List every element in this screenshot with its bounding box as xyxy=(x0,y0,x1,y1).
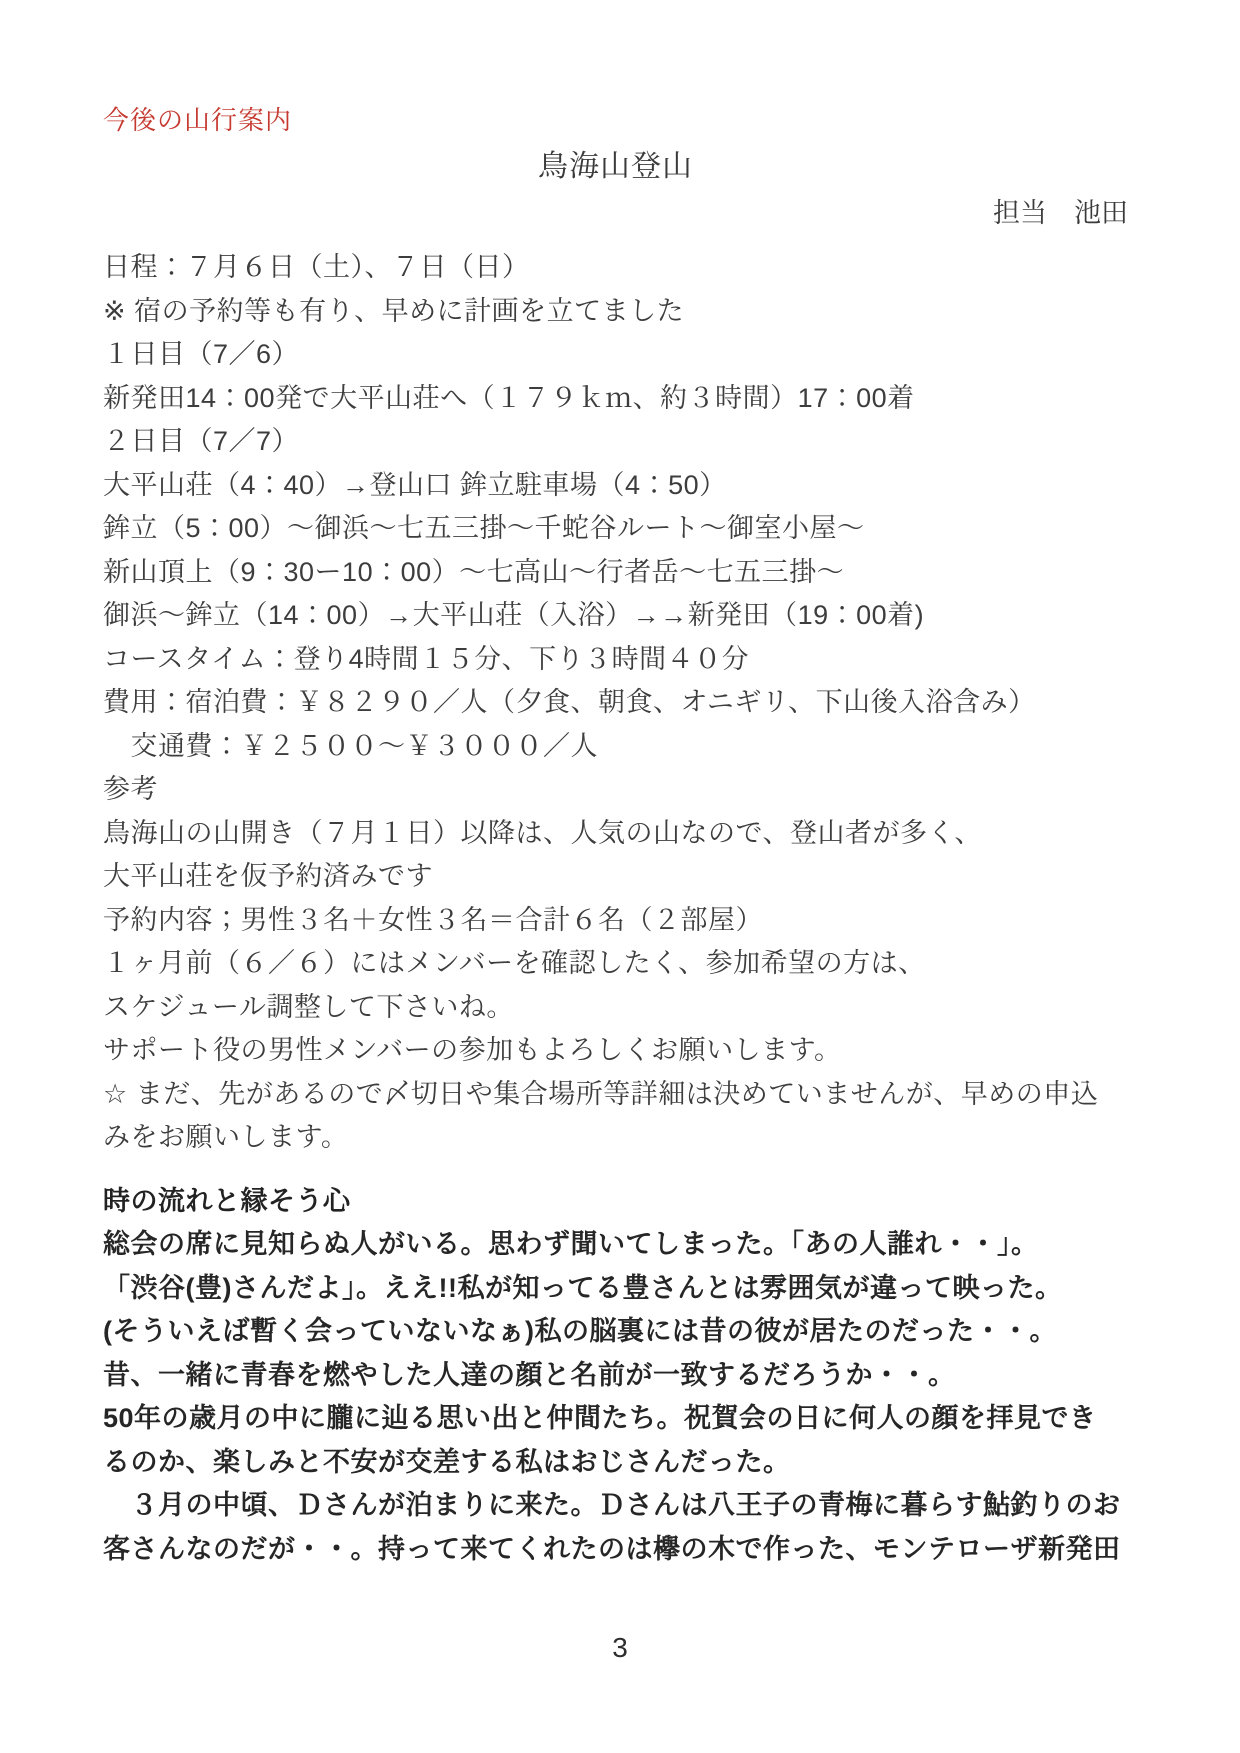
body-line: ☆ まだ、先があるので〆切日や集合場所等詳細は決めていませんが、早めの申込 xyxy=(103,1073,1128,1117)
section-category-label: 今後の山行案内 xyxy=(103,104,1128,136)
document-page: 今後の山行案内 鳥海山登山 担当 池田 日程：７月６日（土）、７日（日） ※ 宿… xyxy=(0,0,1240,1753)
body-line: スケジュール調整して下さいね。 xyxy=(103,986,1128,1030)
essay-line: 客さんなのだが・・。持って来てくれたのは欅の木で作った、モンテローザ新発田 xyxy=(103,1528,1128,1572)
body-line: 交通費：￥２５００～￥３０００／人 xyxy=(103,725,1128,769)
essay-line: (そういえば暫く会っていないなぁ)私の脳裏には昔の彼が居たのだった・・。 xyxy=(103,1310,1128,1354)
essay-line: 総会の席に見知らぬ人がいる。思わず聞いてしまった。「あの人誰れ・・」。 xyxy=(103,1223,1128,1267)
body-line: ２日目（7／7） xyxy=(103,420,1128,464)
body-line: 鳥海山の山開き（７月１日）以降は、人気の山なので、登山者が多く、 xyxy=(103,812,1128,856)
essay-section: 時の流れと縁そう心 総会の席に見知らぬ人がいる。思わず聞いてしまった。「あの人誰… xyxy=(103,1180,1128,1572)
body-line: サポート役の男性メンバーの参加もよろしくお願いします。 xyxy=(103,1029,1128,1073)
body-line: 大平山荘（4：40）→登山口 鉾立駐車場（4：50） xyxy=(103,464,1128,508)
body-line: コースタイム：登り4時間１５分、下り３時間４０分 xyxy=(103,638,1128,682)
body-line: 御浜～鉾立（14：00）→大平山荘（入浴）→→新発田（19：00着) xyxy=(103,594,1128,638)
page-number: 3 xyxy=(0,1632,1240,1664)
essay-line: 「渋谷(豊)さんだよ」。ええ!!私が知ってる豊さんとは雰囲気が違って映った。 xyxy=(103,1267,1128,1311)
body-line: １日目（7／6） xyxy=(103,333,1128,377)
body-line: 日程：７月６日（土）、７日（日） xyxy=(103,246,1128,290)
staff-in-charge: 担当 池田 xyxy=(103,196,1128,230)
essay-line: ３月の中頃、Ｄさんが泊まりに来た。Ｄさんは八王子の青梅に暮らす鮎釣りのお xyxy=(103,1484,1128,1528)
body-line: 参考 xyxy=(103,768,1128,812)
body-line: 新山頂上（9：30ー10：00）～七高山～行者岳～七五三掛～ xyxy=(103,551,1128,595)
essay-line: るのか、楽しみと不安が交差する私はおじさんだった。 xyxy=(103,1441,1128,1485)
body-line: 費用：宿泊費：￥８２９０／人（夕食、朝食、オニギリ、下山後入浴含み） xyxy=(103,681,1128,725)
page-content: 今後の山行案内 鳥海山登山 担当 池田 日程：７月６日（土）、７日（日） ※ 宿… xyxy=(103,104,1128,1571)
body-line: 新発田14：00発で大平山荘へ（１７９ｋｍ、約３時間）17：00着 xyxy=(103,377,1128,421)
essay-line: 昔、一緒に青春を燃やした人達の顔と名前が一致するだろうか・・。 xyxy=(103,1354,1128,1398)
body-line: １ヶ月前（６／６）にはメンバーを確認したく、参加希望の方は、 xyxy=(103,942,1128,986)
announcement-title: 鳥海山登山 xyxy=(103,148,1128,186)
body-line: 鉾立（5：00）～御浜～七五三掛～千蛇谷ルート～御室小屋～ xyxy=(103,507,1128,551)
essay-line: 50年の歳月の中に朧に辿る思い出と仲間たち。祝賀会の日に何人の顔を拝見でき xyxy=(103,1397,1128,1441)
body-line: 大平山荘を仮予約済みです xyxy=(103,855,1128,899)
body-line: 予約内容；男性３名＋女性３名＝合計６名（２部屋） xyxy=(103,899,1128,943)
body-line: ※ 宿の予約等も有り、早めに計画を立てました xyxy=(103,290,1128,334)
announcement-body: 日程：７月６日（土）、７日（日） ※ 宿の予約等も有り、早めに計画を立てました … xyxy=(103,246,1128,1160)
essay-title: 時の流れと縁そう心 xyxy=(103,1180,1128,1224)
body-line: みをお願いします。 xyxy=(103,1116,1128,1160)
